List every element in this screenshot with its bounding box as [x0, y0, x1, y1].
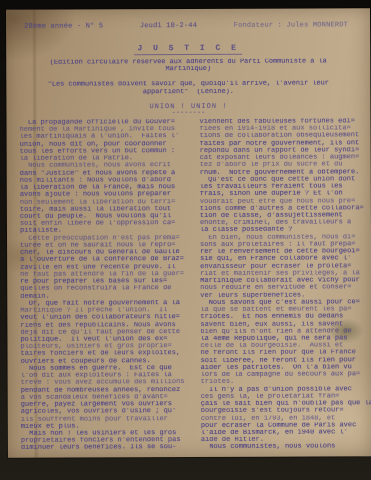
text-line: tions comme d'autres à cette collabora= — [200, 205, 371, 213]
text-line: ne feront ils rien pour que la France — [201, 350, 371, 358]
masthead-founder: Fondateur : Jules MONNEROT — [234, 21, 348, 29]
title-row: J U S T I C E — [6, 36, 370, 56]
text-line: ils souffrent moins pour travailler — [21, 416, 194, 424]
text-line: contre lui, en 1793, en 1848, et — [201, 415, 371, 423]
newspaper-title: J U S T I C E — [134, 44, 241, 55]
text-line: ces gens là, le prolétariat fran= — [201, 393, 371, 401]
text-line: turée et on ne saurait nous le repro= — [20, 242, 193, 250]
article-column-right: viennent des fabuleuses fortunes édi=fié… — [200, 118, 371, 457]
paper-page: 28ème année - N° 5 Jeudi 10-2-44 Fondate… — [6, 8, 371, 458]
text-line: toire, mais aussi la libération tout — [20, 206, 193, 214]
text-line: sons aux prolétaires : Il faut prépa= — [200, 241, 371, 249]
text-line: ver leurs superbénéfices. — [200, 292, 371, 300]
text-line: Nous communistes, nous voulons — [201, 444, 371, 452]
text-line: soit enfin libéré de l'oppression ca= — [20, 220, 193, 228]
text-line: nos militants : Nous voulons d'abord — [20, 177, 193, 185]
text-line: Martinique ? Il prêche l'union. Il — [20, 307, 193, 315]
lenin-quote: "Les communistes doivent savoir que, quo… — [6, 81, 370, 97]
masthead-edition-number: 28ème année - N° 5 — [24, 22, 103, 30]
masthead: 28ème année - N° 5 Jeudi 10-2-44 Fondate… — [6, 8, 370, 31]
text-line: éhonté, criminel, des travailleurs à — [200, 219, 371, 227]
edition-note: (Edition circulaire réservée aux adhéren… — [6, 58, 370, 74]
text-line: la que se battent et meurent les pa= — [200, 306, 371, 314]
text-line: taires fonciers et de leurs exploités, — [21, 350, 194, 358]
text-line: ne faut pas attendre la fin de la guer= — [20, 271, 193, 279]
text-line: triotes. — [201, 379, 371, 387]
text-line: demain. — [20, 293, 193, 301]
text-line: déjà dit ce qu'il faut penser de cette — [20, 329, 193, 337]
text-line: trêve : vous avez accumulé des millions — [21, 379, 194, 387]
text-line: diminuer leurs bénéfices. Ils se sou- — [21, 444, 194, 452]
text-line: les martiniquais à l'union. Faites l' — [20, 133, 193, 141]
article-body: La propagande officielle du Gouver=nemen… — [6, 115, 371, 458]
text-line: riat et maintenir ses privilèges, à la — [200, 270, 371, 278]
article-column-left: La propagande officielle du Gouver=nemen… — [20, 119, 194, 458]
text-line: bien qu'ils n'ont rien à attendre de — [200, 328, 371, 336]
text-line: Qu'est ce donc que cette union dont — [200, 176, 371, 184]
text-line: tions de collaboration obséquieusement — [200, 133, 371, 141]
masthead-date: Jeudi 10-2-44 — [140, 22, 197, 30]
text-line: aide de Hitler. — [201, 436, 371, 444]
text-line: Martinique) — [6, 65, 370, 74]
text-line: tez d'abord le prix du sucre et du — [200, 162, 371, 170]
text-line: propriétaires fonciers n'entendent pas — [21, 437, 194, 445]
scanned-document: 28ème année - N° 5 Jeudi 10-2-44 Fondate… — [0, 0, 371, 480]
text-line: à vos scandaleux bénéfices d'avant= — [21, 394, 194, 402]
text-line: Nous communistes, nous avons écrit — [20, 162, 193, 170]
